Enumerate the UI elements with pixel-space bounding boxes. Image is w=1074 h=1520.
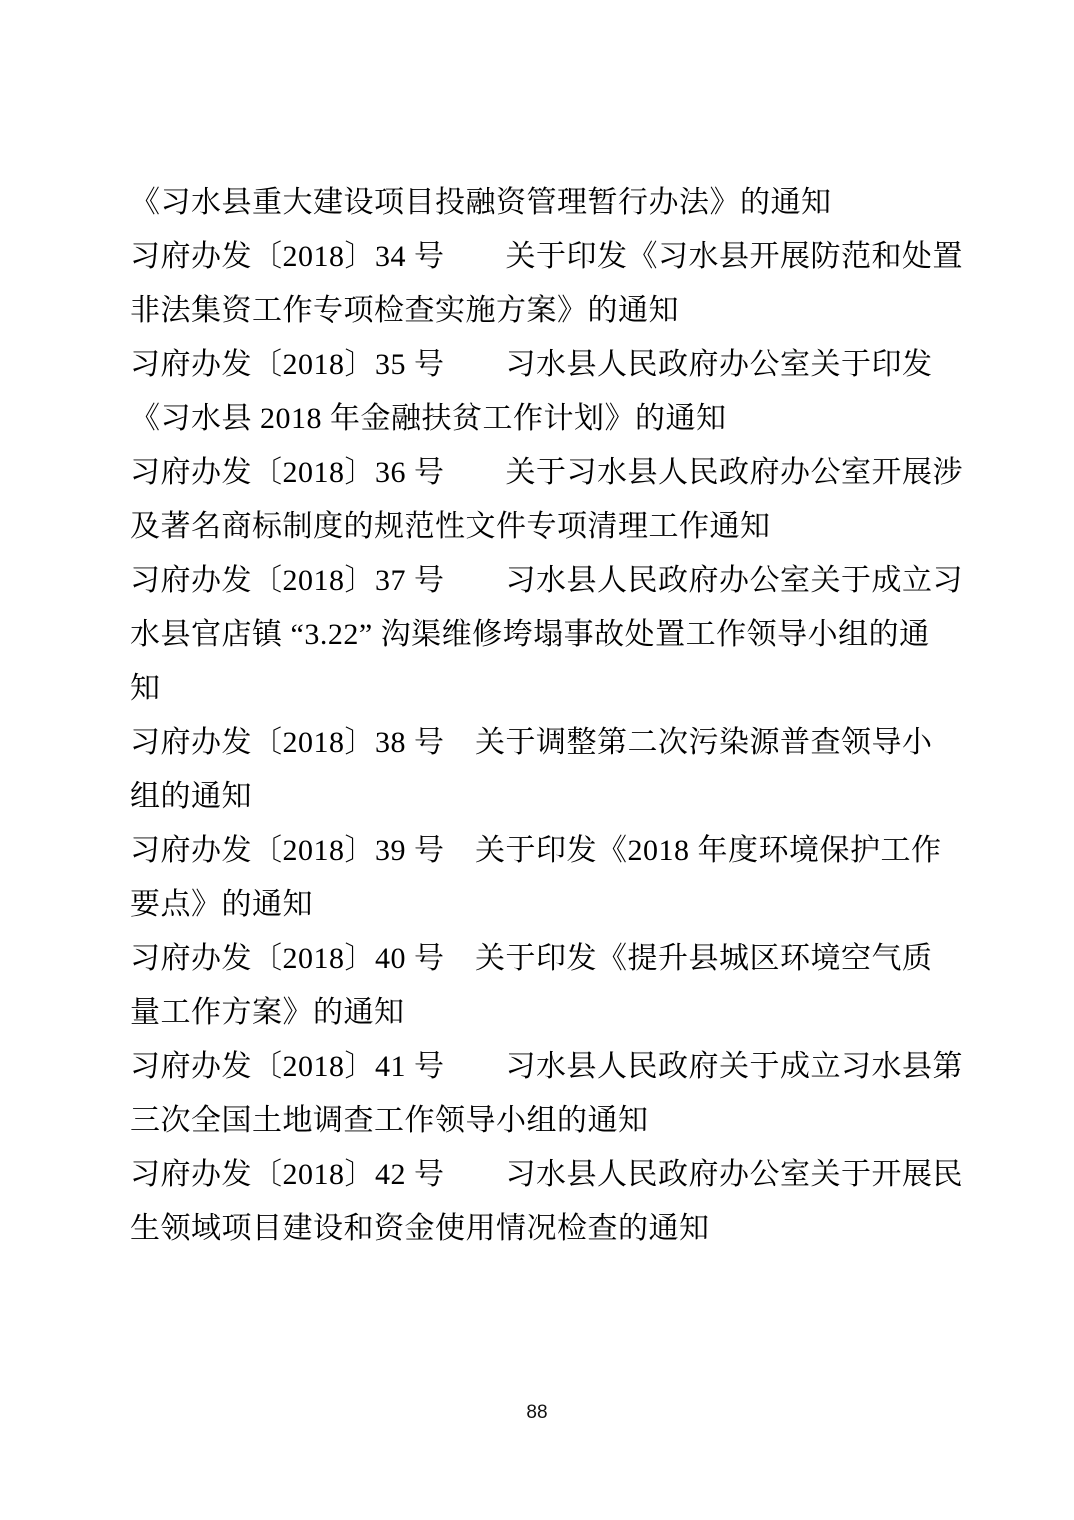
page-number: 88 — [0, 1402, 1074, 1424]
document-body: 《习水县重大建设项目投融资管理暂行办法》的通知 习府办发〔2018〕34 号 关… — [130, 176, 990, 1256]
document-line: 习府办发〔2018〕38 号 关于调整第二次污染源普查领导小 — [130, 716, 990, 770]
document-line: 习府办发〔2018〕40 号 关于印发《提升县城区环境空气质 — [130, 932, 990, 986]
document-line: 要点》的通知 — [130, 878, 990, 932]
document-line: 组的通知 — [130, 770, 990, 824]
document-line: 及著名商标制度的规范性文件专项清理工作通知 — [130, 500, 990, 554]
document-line: 习府办发〔2018〕34 号 关于印发《习水县开展防范和处置 — [130, 230, 990, 284]
document-line: 知 — [130, 662, 990, 716]
document-line: 水县官店镇 “3.22” 沟渠维修垮塌事故处置工作领导小组的通 — [130, 608, 990, 662]
document-line: 量工作方案》的通知 — [130, 986, 990, 1040]
document-line: 习府办发〔2018〕35 号 习水县人民政府办公室关于印发 — [130, 338, 990, 392]
document-line: 习府办发〔2018〕36 号 关于习水县人民政府办公室开展涉 — [130, 446, 990, 500]
document-line: 《习水县重大建设项目投融资管理暂行办法》的通知 — [130, 176, 990, 230]
document-line: 习府办发〔2018〕37 号 习水县人民政府办公室关于成立习 — [130, 554, 990, 608]
document-line: 《习水县 2018 年金融扶贫工作计划》的通知 — [130, 392, 990, 446]
document-line: 习府办发〔2018〕41 号 习水县人民政府关于成立习水县第 — [130, 1040, 990, 1094]
document-line: 习府办发〔2018〕42 号 习水县人民政府办公室关于开展民 — [130, 1148, 990, 1202]
document-line: 非法集资工作专项检查实施方案》的通知 — [130, 284, 990, 338]
document-line: 习府办发〔2018〕39 号 关于印发《2018 年度环境保护工作 — [130, 824, 990, 878]
document-line: 三次全国土地调查工作领导小组的通知 — [130, 1094, 990, 1148]
document-line: 生领域项目建设和资金使用情况检查的通知 — [130, 1202, 990, 1256]
document-page: 《习水县重大建设项目投融资管理暂行办法》的通知 习府办发〔2018〕34 号 关… — [0, 0, 1074, 1520]
